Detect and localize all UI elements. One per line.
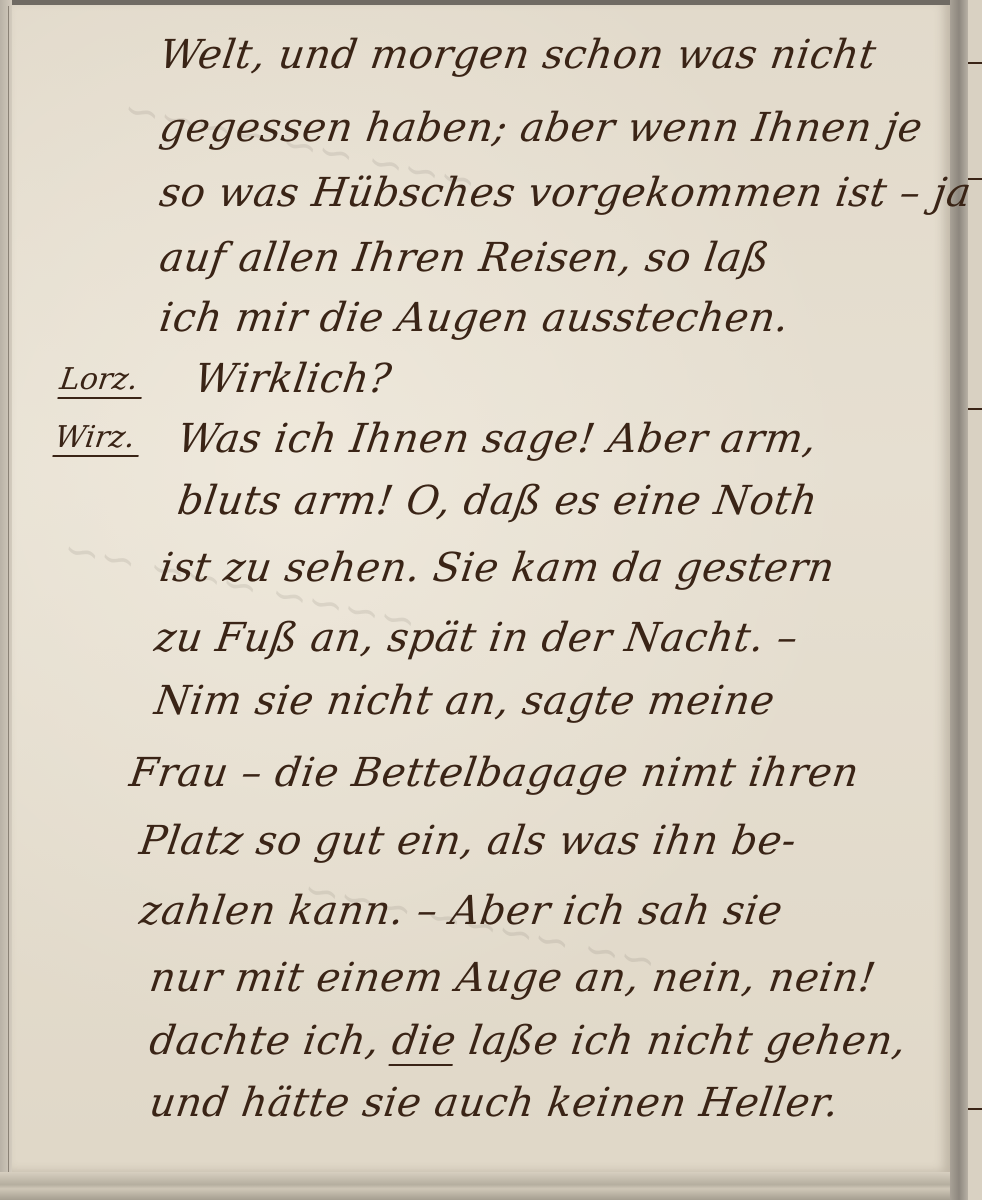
manuscript-line-15: nur mit einem Auge an, nein, nein! [147, 955, 879, 1001]
manuscript-line-2: gegessen haben; aber wenn Ihnen je [157, 105, 926, 151]
line-16-part-2: laße ich nicht gehen, [453, 1018, 909, 1064]
handwritten-text-block: ~~~ ~~ ~~~~ ~~~~ ~~~ ~~ ~~ ~~~~ ~~~ Welt… [0, 0, 950, 1172]
page-stack-bottom-edge [0, 1172, 950, 1200]
manuscript-line-6: Wirklich? [192, 356, 395, 402]
manuscript-line-5: ich mir die Augen ausstechen. [157, 295, 792, 341]
manuscript-line-9: ist zu sehen. Sie kam da gestern [157, 545, 838, 591]
speaker-label-2: Wirz. [52, 420, 143, 457]
manuscript-line-11: Nim sie nicht an, sagte meine [152, 678, 778, 724]
manuscript-line-14: zahlen kann. – Aber ich sah sie [137, 888, 786, 934]
manuscript-line-16: dachte ich, die laße ich nicht gehen, [147, 1018, 909, 1064]
line-16-part-1: dachte ich, [147, 1018, 396, 1064]
underlined-word: die [389, 1018, 459, 1066]
manuscript-line-4: auf allen Ihren Reisen, so laß [157, 235, 773, 281]
manuscript-line-8: bluts arm! O, daß es eine Noth [175, 478, 821, 524]
manuscript-line-7: Was ich Ihnen sage! Aber arm, [175, 416, 820, 462]
speaker-label-1: Lorz. [57, 362, 146, 399]
manuscript-line-1: Welt, und morgen schon was nicht [157, 32, 879, 78]
manuscript-line-13: Platz so gut ein, als was ihn be- [137, 818, 800, 864]
manuscript-line-17: und hätte sie auch keinen Heller. [147, 1080, 842, 1126]
manuscript-line-3: so was Hübsches vorgekommen ist – ja [157, 170, 974, 216]
manuscript-line-10: zu Fuß an, spät in der Nacht. – [152, 615, 801, 661]
manuscript-line-12: Frau – die Bettelbagage nimt ihren [127, 750, 862, 796]
